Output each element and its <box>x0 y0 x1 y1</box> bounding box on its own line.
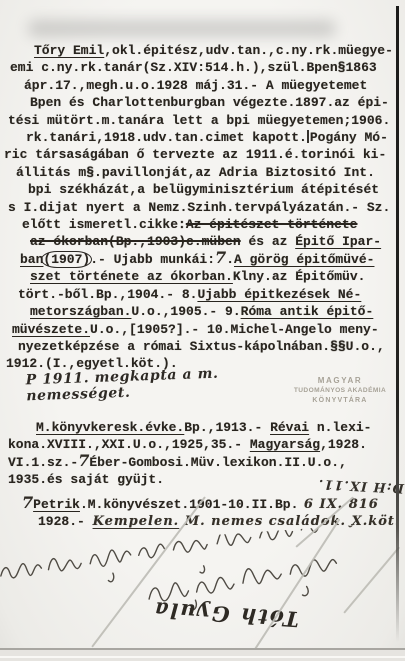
catalog-card-scan: Tőry Emil,okl.épitész,udv.tan.,c.ny.rk.m… <box>0 0 405 661</box>
typed-text: U.o.,[1905?].- 10.Michel-Angelo meny- <box>90 322 379 337</box>
typed-text: ,1928. <box>320 437 367 452</box>
typed-line: előtt ismeretl.cikke:Az épitészet történ… <box>4 216 402 233</box>
typed-line: Tőry Emil,okl.épitész,udv.tan.,c.ny.rk.m… <box>4 42 402 59</box>
typed-line: tési mütört.m.tanára lett a bpi müegyete… <box>4 112 402 129</box>
typed-text <box>307 130 309 143</box>
typed-line: metországban.U.o.,1905.- 9.Róma antik ép… <box>4 303 402 320</box>
typed-text: Épitő Ipar- <box>295 234 381 249</box>
typed-line: müvészete.U.o.,[1905?].- 10.Michel-Angel… <box>4 321 402 338</box>
typed-text: metországban. <box>30 304 131 319</box>
library-stamp: MAGYAR TUDOMÁNYOS AKADÉMIA KÖNYVTÁRA <box>284 376 396 406</box>
typed-text: Bp.,1913.- <box>184 420 270 435</box>
typed-text: § <box>86 165 94 180</box>
typed-line: Bpen és Charlottenburgban végezte.1897.a… <box>4 94 402 111</box>
typed-text: .pavillonját,az Adria Biztositó Int. <box>94 165 375 180</box>
typed-text: Klny.az Épitőmüv. <box>233 269 366 284</box>
scan-edge-right <box>396 6 399 642</box>
stamp-line: TUDOMÁNYOS AKADÉMIA <box>284 386 396 396</box>
typed-text: 1863 <box>345 60 376 75</box>
typed-text: emi c.ny.rk.tanár(Sz.XIV:514.h.),szül.Bp… <box>10 60 338 75</box>
typed-line: az ókorban(Bp.,1903)c.müben és az Épitő … <box>4 233 402 250</box>
typed-text: ric társaságában ő tervezte az 1911.é.to… <box>4 147 386 162</box>
typed-text: VI.1.sz.- <box>8 455 78 470</box>
typed-line: VI.1.sz.-7Éber-Gombosi.Müv.lexikon.II.U.… <box>4 454 402 471</box>
typed-line: bpi székházát,a belügyminisztérium átépi… <box>4 181 402 198</box>
typed-text: rk.tanári,1918.udv.tan.cimet kapott. <box>26 130 307 145</box>
typed-text: .M.könyvészet.1901-10.II.Bp. <box>80 497 298 512</box>
typed-text: nyezetképzése a római Sixtus-kápolnában. <box>18 339 330 354</box>
typed-text: Petrik <box>33 497 80 512</box>
card-bottom-edge <box>0 648 405 661</box>
card-bottom-highlight <box>0 656 405 658</box>
typed-text: . <box>226 252 234 267</box>
show-through-smudge <box>28 20 336 37</box>
typed-text: : <box>178 217 186 232</box>
typed-text: Pogány Mó- <box>310 130 388 145</box>
typed-text: M.könyvkeresk.évke. <box>36 420 184 435</box>
typed-text: Bpen és Charlottenburgban végezte.1897.a… <box>30 95 389 110</box>
handwritten-insert: Kempelen. <box>93 514 180 529</box>
typed-text: U.o.,1905.- 9. <box>131 304 240 319</box>
typed-line: ápr.17.,megh.u.o.1928 máj.31.- A müegyet… <box>4 77 402 94</box>
typed-text: Tőry Emil <box>34 43 104 58</box>
typed-text: állitás m <box>16 165 86 180</box>
typed-text: bpi székházát,a belügyminisztérium átépi… <box>28 182 379 197</box>
typed-line: tört.-ből.Bp.,1904.- 8.Ujabb épitkezések… <box>4 286 402 303</box>
typed-text: szet története az ókorban. <box>30 269 233 284</box>
typed-text: Ujabb épitkezések Né- <box>197 287 361 302</box>
typed-text: A görög épitőmüvé- <box>234 252 374 267</box>
stamp-line: KÖNYVTÁRA <box>284 396 396 406</box>
typed-line: ban(1907).- Ujabb munkái:7.A görög épitő… <box>4 251 402 268</box>
typed-text: Révai <box>270 420 309 435</box>
typed-text: az ókorban(Bp.,1903)c.müben <box>30 234 241 249</box>
typed-text: Éber-Gombosi.Müv.lexikon.II.U.o., <box>89 455 346 470</box>
typed-text: előtt ismeretl.cikke <box>22 217 178 232</box>
typed-line: emi c.ny.rk.tanár(Sz.XIV:514.h.),szül.Bp… <box>4 59 402 76</box>
typed-text: müvészete. <box>12 322 90 337</box>
handwritten-insert: 7 <box>22 493 33 512</box>
typed-text: s I.dijat nyert a Nemz.Szinh.tervpályáza… <box>8 200 390 215</box>
typed-text: ápr.17.,megh.u.o.1928 máj.31.- A müegyet… <box>24 78 367 93</box>
typed-text: tört.-ből.Bp.,1904.- 8. <box>18 287 197 302</box>
typed-line: rk.tanári,1918.udv.tan.cimet kapott.Pogá… <box>4 129 402 146</box>
handwritten-insert: 7 <box>215 248 226 267</box>
typed-text: (1907) <box>41 251 92 268</box>
typed-line: állitás m§.pavillonját,az Adria Biztosit… <box>4 164 402 181</box>
handwritten-insert: 7 <box>78 451 89 470</box>
typed-text: 1928.- <box>38 514 93 529</box>
typed-line: s I.dijat nyert a Nemz.Szinh.tervpályáza… <box>4 199 402 216</box>
typed-text: kona.XVIII.,XXI.U.o.,1925,35.- <box>8 437 250 452</box>
typed-text: §§ <box>330 339 346 354</box>
typed-line: M.könyvkeresk.évke.Bp.,1913.- Révai n.le… <box>4 419 402 436</box>
typed-text: és az <box>241 234 296 249</box>
typed-text: n.lexi- <box>309 420 371 435</box>
typed-text: U.o., <box>346 339 385 354</box>
typed-text: 1935.és saját gyüjt. <box>8 472 164 487</box>
typed-text: Róma antik épitő- <box>241 304 374 319</box>
typed-text: Az épitészet története <box>186 217 358 232</box>
typed-line: kona.XVIII.,XXI.U.o.,1925,35.- Magyarság… <box>4 436 402 453</box>
typed-text: Magyarság <box>250 437 320 452</box>
typed-text: .- Ujabb munkái: <box>90 252 215 267</box>
typed-line: szet története az ókorban.Klny.az Épitőm… <box>4 268 402 285</box>
typed-text: tési mütört.m.tanára lett a bpi müegyete… <box>8 113 390 128</box>
typed-line: ric társaságában ő tervezte az 1911.é.to… <box>4 146 402 163</box>
typed-paragraph-biography: Tőry Emil,okl.épitész,udv.tan.,c.ny.rk.m… <box>4 42 402 373</box>
typed-text: ban <box>20 252 43 267</box>
stamp-line: MAGYAR <box>284 376 396 386</box>
typed-text: ,okl.épitész,udv.tan.,c.ny.rk.müegye- <box>104 43 393 58</box>
typed-line: nyezetképzése a római Sixtus-kápolnában.… <box>4 338 402 355</box>
